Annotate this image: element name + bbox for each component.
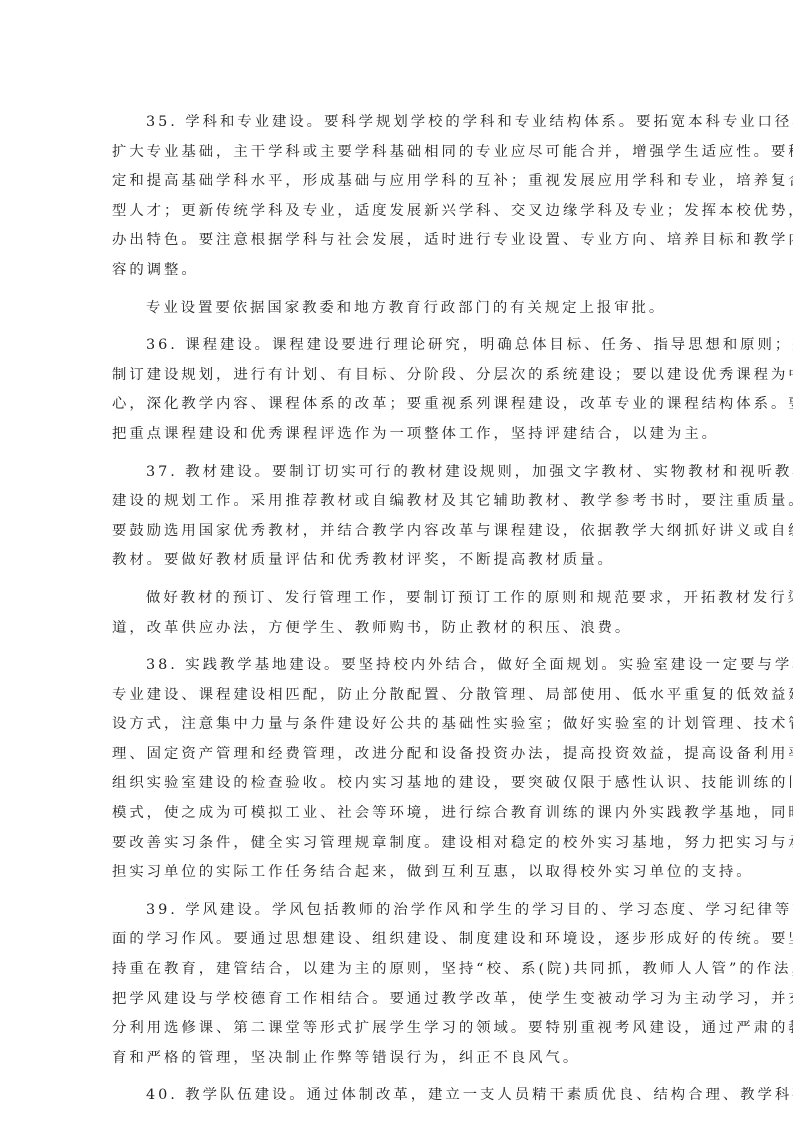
text-line: 37. 教材建设。要制订切实可行的教材建设规则，加强文字教材、实物教材和视听教材	[112, 458, 684, 488]
text-line: 容的调整。	[112, 256, 684, 286]
text-line: 理、固定资产管理和经费管理，改进分配和设备投资办法，提高投资效益，提高设备利用率…	[112, 740, 684, 770]
text-line: 型人才；更新传统学科及专业，适度发展新兴学科、交叉边缘学科及专业；发挥本校优势，	[112, 197, 684, 227]
text-line: 40. 教学队伍建设。通过体制改革，建立一支人员精干素质优良、结构合理、教学科研	[112, 1081, 684, 1111]
text-line: 35. 学科和专业建设。要科学规划学校的学科和专业结构体系。要拓宽本科专业口径、	[112, 108, 684, 138]
text-line: 扩大专业基础，主干学科或主要学科基础相同的专业应尽可能合并，增强学生适应性。要稳	[112, 138, 684, 168]
paragraph-37-textbook-construction: 37. 教材建设。要制订切实可行的教材建设规则，加强文字教材、实物教材和视听教材…	[112, 458, 684, 576]
text-line: 把重点课程建设和优秀课程评选作为一项整体工作，坚持评建结合，以建为主。	[112, 420, 684, 450]
text-line: 要改善实习条件，健全实习管理规章制度。建设相对稳定的校外实习基地，努力把实习与承	[112, 829, 684, 859]
text-line: 把学风建设与学校德育工作相结合。要通过教学改革，使学生变被动学习为主动学习，并充	[112, 985, 684, 1015]
text-line: 心，深化教学内容、课程体系的改革；要重视系列课程建设，改革专业的课程结构体系。要	[112, 390, 684, 420]
text-line: 育和严格的管理，坚决制止作弊等错误行为，纠正不良风气。	[112, 1044, 684, 1074]
text-line: 办出特色。要注意根据学科与社会发展，适时进行专业设置、专业方向、培养目标和教学内	[112, 226, 684, 256]
text-line: 设方式，注意集中力量与条件建设好公共的基础性实验室；做好实验室的计划管理、技术管	[112, 710, 684, 740]
text-line: 建设的规划工作。采用推荐教材或自编教材及其它辅助教材、教学参考书时，要注重质量。	[112, 487, 684, 517]
text-line: 模式，使之成为可模拟工业、社会等环境，进行综合教育训练的课内外实践教学基地，同时	[112, 799, 684, 829]
text-line: 定和提高基础学科水平，形成基础与应用学科的互补；重视发展应用学科和专业，培养复合	[112, 167, 684, 197]
text-line: 担实习单位的实际工作任务结合起来，做到互利互惠，以取得校外实习单位的支持。	[112, 858, 684, 888]
paragraph-39-study-style-construction: 39. 学风建设。学风包括教师的治学作风和学生的学习目的、学习态度、学习纪律等方…	[112, 896, 684, 1074]
paragraph-35-discipline-and-major-construction: 35. 学科和专业建设。要科学规划学校的学科和专业结构体系。要拓宽本科专业口径、…	[112, 108, 684, 286]
text-line: 36. 课程建设。课程建设要进行理论研究，明确总体目标、任务、指导思想和原则；要	[112, 331, 684, 361]
text-line: 制订建设规划，进行有计划、有目标、分阶段、分层次的系统建设；要以建设优秀课程为中	[112, 361, 684, 391]
text-line: 要鼓励选用国家优秀教材，并结合教学内容改革与课程建设，依据教学大纲抓好讲义或自编	[112, 517, 684, 547]
text-line: 做好教材的预订、发行管理工作，要制订预订工作的原则和规范要求，开拓教材发行渠	[112, 584, 684, 614]
paragraph-38-practice-base-construction: 38. 实践教学基地建设。要坚持校内外结合，做好全面规划。实验室建设一定要与学科…	[112, 651, 684, 888]
text-line: 专业设置要依据国家教委和地方教育行政部门的有关规定上报审批。	[112, 294, 684, 324]
text-line: 39. 学风建设。学风包括教师的治学作风和学生的学习目的、学习态度、学习纪律等方	[112, 896, 684, 926]
text-line: 道，改革供应办法，方便学生、教师购书，防止教材的积压、浪费。	[112, 614, 684, 644]
paragraph-40-teaching-staff-construction: 40. 教学队伍建设。通过体制改革，建立一支人员精干素质优良、结构合理、教学科研	[112, 1081, 684, 1111]
document-page: 35. 学科和专业建设。要科学规划学校的学科和专业结构体系。要拓宽本科专业口径、…	[112, 108, 684, 1119]
text-line: 分利用选修课、第二课堂等形式扩展学生学习的领域。要特别重视考风建设，通过严肃的教	[112, 1014, 684, 1044]
paragraph-major-setup-approval: 专业设置要依据国家教委和地方教育行政部门的有关规定上报审批。	[112, 294, 684, 324]
paragraph-textbook-ordering: 做好教材的预订、发行管理工作，要制订预订工作的原则和规范要求，开拓教材发行渠 道…	[112, 584, 684, 643]
text-line: 组织实验室建设的检查验收。校内实习基地的建设，要突破仅限于感性认识、技能训练的旧	[112, 769, 684, 799]
text-line: 教材。要做好教材质量评估和优秀教材评奖，不断提高教材质量。	[112, 546, 684, 576]
text-line: 专业建设、课程建设相匹配，防止分散配置、分散管理、局部使用、低水平重复的低效益建	[112, 681, 684, 711]
paragraph-36-course-construction: 36. 课程建设。课程建设要进行理论研究，明确总体目标、任务、指导思想和原则；要…	[112, 331, 684, 449]
text-line: 38. 实践教学基地建设。要坚持校内外结合，做好全面规划。实验室建设一定要与学科	[112, 651, 684, 681]
text-line: 面的学习作风。要通过思想建设、组织建设、制度建设和环境设，逐步形成好的传统。要坚	[112, 925, 684, 955]
text-line: 持重在教育，建管结合，以建为主的原则，坚持“校、系(院)共同抓，教师人人管”的作…	[112, 955, 684, 985]
